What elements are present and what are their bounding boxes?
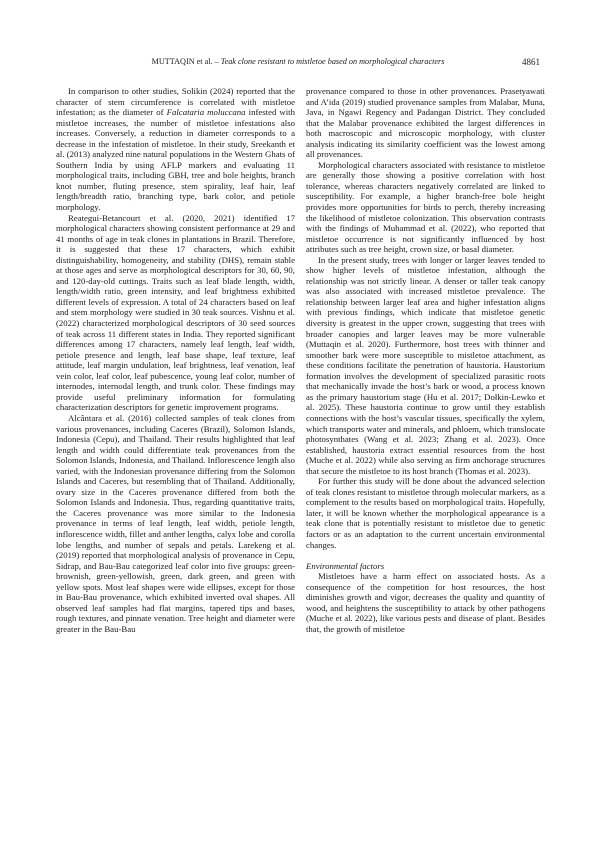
paragraph: For further this study will be done abou…: [306, 476, 545, 550]
paragraph-continued: provenance compared to those in other pr…: [306, 86, 545, 160]
paragraph: Morphological characters associated with…: [306, 160, 545, 255]
paragraph: Reategui-Betancourt et al. (2020, 2021) …: [56, 213, 295, 413]
running-header: MUTTAQIN et al. – Teak clone resistant t…: [56, 56, 540, 68]
paragraph: Mistletoes have a harm effect on associa…: [306, 571, 545, 634]
paragraph: Alcântara et al. (2016) collected sample…: [56, 413, 295, 634]
paragraph-text: infested with mistletoe increases, the n…: [56, 107, 295, 212]
running-article-title: Teak clone resistant to mistletoe based …: [221, 57, 445, 66]
species-name: Falcataria moluccana: [167, 107, 246, 117]
section-heading: Environmental factors: [306, 561, 545, 572]
journal-page: MUTTAQIN et al. – Teak clone resistant t…: [0, 0, 595, 842]
running-title: MUTTAQIN et al. – Teak clone resistant t…: [56, 56, 540, 68]
running-authors: MUTTAQIN et al. –: [152, 57, 221, 66]
paragraph: In comparison to other studies, Solikin …: [56, 86, 295, 213]
paragraph: In the present study, trees with longer …: [306, 255, 545, 476]
left-column: In comparison to other studies, Solikin …: [56, 86, 295, 634]
right-column: provenance compared to those in other pr…: [306, 86, 545, 634]
page-number: 4861: [522, 56, 540, 68]
